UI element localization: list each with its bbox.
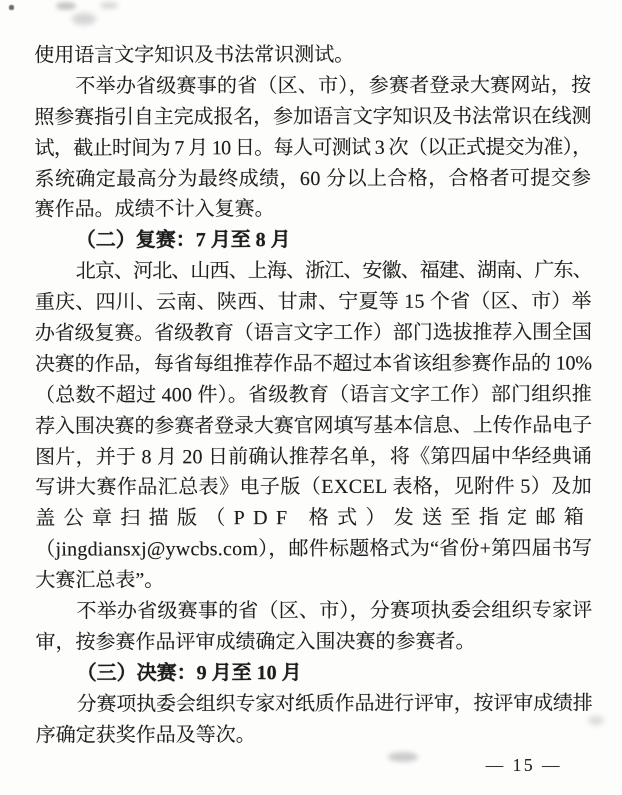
scan-artifact [388, 752, 418, 762]
document-page: 使用语言文字知识及书法常识测试。不举办省级赛事的省（区、市），参赛者登录大赛网站… [0, 0, 622, 795]
text-line: 北京、河北、山西、上海、浙江、安徽、福建、湖南、广东、 [35, 256, 592, 288]
text-line: 赛作品。成绩不计入复赛。 [35, 194, 592, 226]
page-number: — 15 — [486, 755, 562, 775]
document-lines: 使用语言文字知识及书法常识测试。不举办省级赛事的省（区、市），参赛者登录大赛网站… [34, 39, 592, 751]
text-line: （总数不超过 400 件）。省级教育（语言文字工作）部门组织推 [35, 379, 592, 411]
text-line: 使用语言文字知识及书法常识测试。 [34, 39, 591, 71]
text-line: 审，按参赛作品评审成绩确定入围决赛的参赛者。 [35, 626, 592, 658]
text-line: 大赛汇总表”。 [35, 565, 592, 597]
section-heading: （三）决赛：9 月至 10 月 [36, 657, 593, 689]
text-line: 试，截止时间为 7 月 10 日。每人可测试 3 次（以正式提交为准）， [34, 132, 591, 164]
scan-artifact [100, 2, 118, 9]
text-line: 决赛的作品，每省每组推荐作品不超过本省该组参赛作品的 10% [35, 348, 592, 380]
scan-artifact [72, 13, 96, 25]
ink-speck [9, 5, 14, 10]
text-line: 重庆、四川、云南、陕西、甘肃、宁夏等 15 个省（区、市）举 [35, 287, 592, 319]
text-line: 荐入围决赛的参赛者登录大赛官网填写基本信息、上传作品电子 [35, 410, 592, 442]
text-line: 盖公章扫描版（PDF 格式）发送至指定邮箱 [35, 503, 592, 535]
text-line: 办省级复赛。省级教育（语言文字工作）部门选拔推荐入围全国 [35, 317, 592, 349]
text-line: 写讲大赛作品汇总表》电子版（EXCEL 表格，见附件 5）及加 [35, 472, 592, 504]
scan-artifact [56, 2, 76, 10]
text-line: 序确定获奖作品及等次。 [36, 719, 593, 751]
text-line: 图片，并于 8 月 20 日前确认推荐名单，将《第四届中华经典诵 [35, 441, 592, 473]
text-line: 不举办省级赛事的省（区、市），分赛项执委会组织专家评 [35, 595, 592, 627]
text-line: 不举办省级赛事的省（区、市），参赛者登录大赛网站，按 [34, 70, 591, 102]
text-line: 系统确定最高分为最终成绩，60 分以上合格，合格者可提交参 [35, 163, 592, 195]
text-line: 分赛项执委会组织专家对纸质作品进行评审，按评审成绩排 [36, 688, 593, 720]
section-heading: （二）复赛：7 月至 8 月 [35, 225, 592, 257]
text-line: （jingdiansxj@ywcbs.com），邮件标题格式为“省份+第四届书写 [35, 534, 592, 566]
text-line: 照参赛指引自主完成报名，参加语言文字知识及书法常识在线测 [34, 101, 591, 133]
